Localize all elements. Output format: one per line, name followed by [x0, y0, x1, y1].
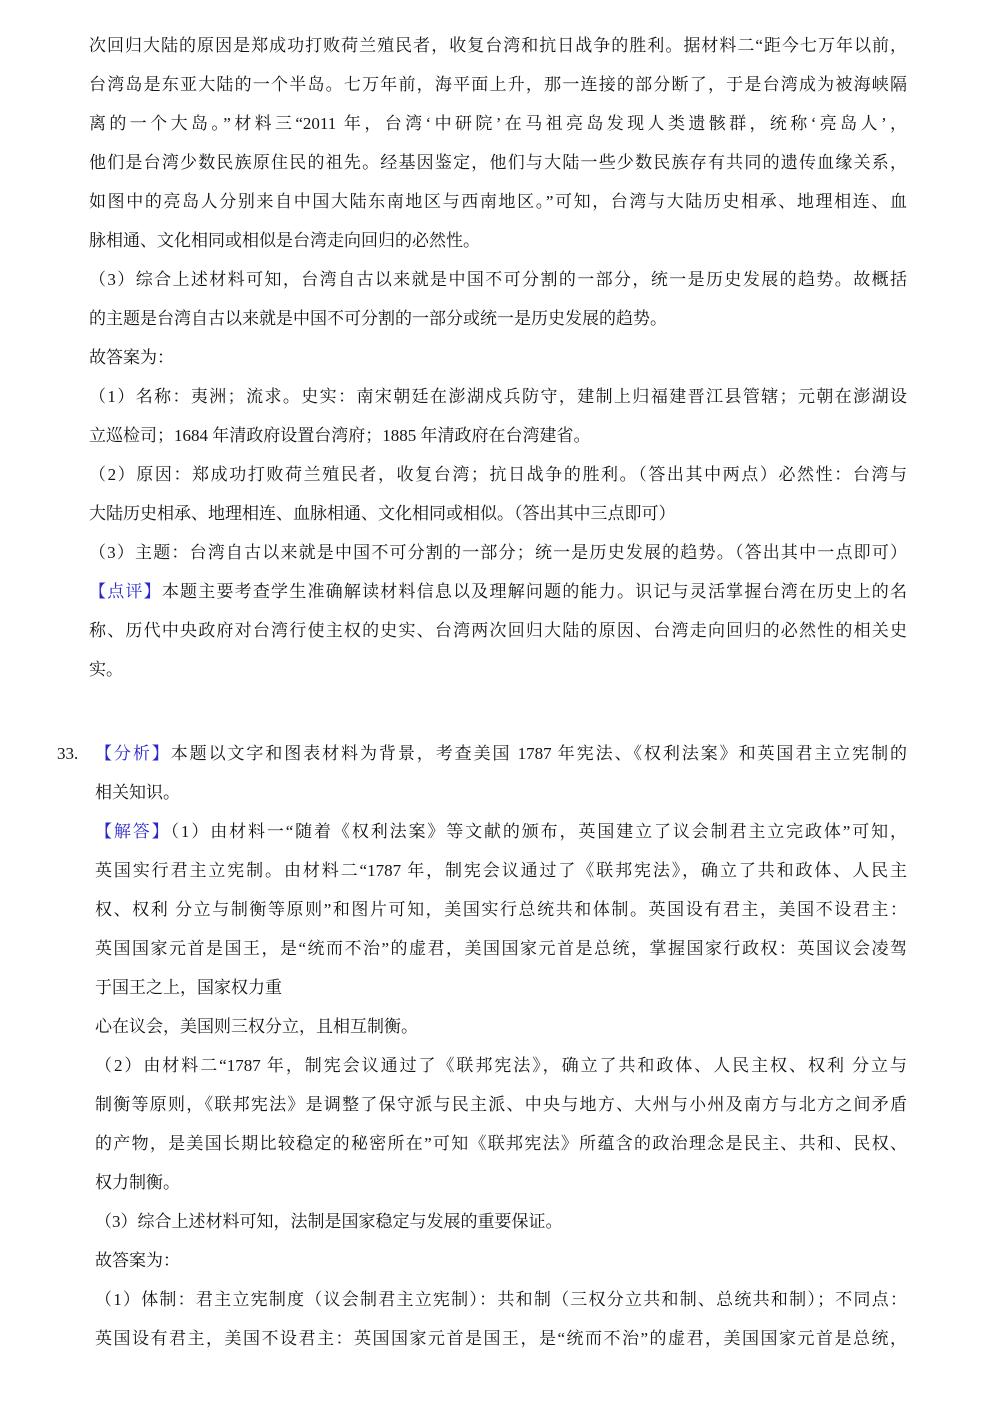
text-line: 英国设有君主，美国不设君主：英国国家元首是国王，是“统而不治”的虚君，美国国家元…: [95, 1319, 907, 1358]
text-line: 的主题是台湾自古以来就是中国不可分割的一部分或统一是历史发展的趋势。: [89, 299, 907, 338]
text-line: 离的一个大岛。”材料三“2011 年，台湾‘中研院’在马祖亮岛发现人类遗骸群，统…: [89, 104, 907, 143]
text-line: 故答案为：: [95, 1241, 907, 1280]
line-text: 如图中的亮岛人分别来自中国大陆东南地区与西南地区。”可知，台湾与大陆历史相承、地…: [89, 192, 907, 211]
line-text: 故答案为：: [89, 348, 174, 367]
text-line: 相关知识。: [95, 773, 907, 812]
text-line: 心在议会，美国则三权分立，且相互制衡。: [95, 1007, 907, 1046]
line-text: 英国实行君主立宪制。由材料二“1787 年，制宪会议通过了《联邦宪法》，确立了共…: [95, 861, 907, 880]
text-line: 实。: [89, 650, 907, 689]
line-text: 他们是台湾少数民族原住民的祖先。经基因鉴定，他们与大陆一些少数民族存有共同的遗传…: [89, 153, 907, 172]
line-text: （3）主题：台湾自古以来就是中国不可分割的一部分；统一是历史发展的趋势。（答出其…: [89, 543, 907, 562]
line-text: （3）综合上述材料可知，台湾自古以来就是中国不可分割的一部分，统一是历史发展的趋…: [89, 270, 907, 289]
line-text: （2）由材料二“1787 年，制宪会议通过了《联邦宪法》，确立了共和政体、人民主…: [95, 1056, 907, 1075]
line-text: （1）体制：君主立宪制度（议会制君主立宪制）：共和制（三权分立共和制、总统共和制…: [95, 1290, 907, 1309]
line-text: （3）综合上述材料可知，法制是国家稳定与发展的重要保证。: [95, 1212, 563, 1231]
text-line: （1）体制：君主立宪制度（议会制君主立宪制）：共和制（三权分立共和制、总统共和制…: [95, 1280, 907, 1319]
text-line: 【分析】本题以文字和图表材料为背景，考查美国 1787 年宪法、《权利法案》和英…: [95, 734, 907, 773]
line-text: 权力制衡。: [95, 1173, 180, 1192]
line-text: 脉相通、文化相同或相似是台湾走向回归的必然性。: [89, 231, 480, 250]
line-text: 相关知识。: [95, 783, 180, 802]
line-text: 台湾岛是东亚大陆的一个半岛。七万年前，海平面上升，那一连接的部分断了，于是台湾成…: [89, 75, 907, 94]
line-text: 实。: [89, 660, 123, 679]
comment-label: 【点评】: [89, 582, 162, 601]
line-text: 大陆历史相承、地理相连、血脉相通、文化相同或相似。（答出其中三点即可）: [89, 504, 676, 523]
line-text: （2）原因：郑成功打败荷兰殖民者，收复台湾；抗日战争的胜利。（答出其中两点）必然…: [89, 465, 907, 484]
line-text: 权、权利 分立与制衡等原则”和图片可知，美国实行总统共和体制。英国设有君主，美国…: [95, 900, 907, 919]
question-32-answer-continuation: 次回归大陆的原因是郑成功打败荷兰殖民者，收复台湾和抗日战争的胜利。据材料二“距今…: [89, 26, 907, 689]
line-text: 立巡检司；1684 年清政府设置台湾府；1885 年清政府在台湾建省。: [89, 426, 591, 445]
text-line: 英国实行君主立宪制。由材料二“1787 年，制宪会议通过了《联邦宪法》，确立了共…: [95, 851, 907, 890]
text-line: 权力制衡。: [95, 1163, 907, 1202]
text-line: 脉相通、文化相同或相似是台湾走向回归的必然性。: [89, 221, 907, 260]
answer-label: 【解答】: [95, 822, 171, 841]
text-line: （2）由材料二“1787 年，制宪会议通过了《联邦宪法》，确立了共和政体、人民主…: [95, 1046, 907, 1085]
line-text: 于国王之上，国家权力重: [95, 978, 282, 997]
text-line: 如图中的亮岛人分别来自中国大陆东南地区与西南地区。”可知，台湾与大陆历史相承、地…: [89, 182, 907, 221]
line-text: 的主题是台湾自古以来就是中国不可分割的一部分或统一是历史发展的趋势。: [89, 309, 667, 328]
text-line: 他们是台湾少数民族原住民的祖先。经基因鉴定，他们与大陆一些少数民族存有共同的遗传…: [89, 143, 907, 182]
text-line: （1）名称：夷洲；流求。史实：南宋朝廷在澎湖戍兵防守，建制上归福建晋江县管辖；元…: [89, 377, 907, 416]
analysis-label: 【分析】: [95, 744, 171, 763]
line-text: 制衡等原则，《联邦宪法》是调整了保守派与民主派、中央与地方、大州与小州及南方与北…: [95, 1095, 907, 1114]
line-text: 次回归大陆的原因是郑成功打败荷兰殖民者，收复台湾和抗日战争的胜利。据材料二“距今…: [89, 36, 907, 55]
text-line: 的产物，是美国长期比较稳定的秘密所在”可知《联邦宪法》所蕴含的政治理念是民主、共…: [95, 1124, 907, 1163]
line-text: （1）名称：夷洲；流求。史实：南宋朝廷在澎湖戍兵防守，建制上归福建晋江县管辖；元…: [89, 387, 907, 406]
text-line: （3）综合上述材料可知，法制是国家稳定与发展的重要保证。: [95, 1202, 907, 1241]
line-text: 离的一个大岛。”材料三“2011 年，台湾‘中研院’在马祖亮岛发现人类遗骸群，统…: [89, 114, 907, 133]
question-number: 33.: [57, 734, 78, 773]
text-line: 于国王之上，国家权力重: [95, 968, 907, 1007]
text-line: 权、权利 分立与制衡等原则”和图片可知，美国实行总统共和体制。英国设有君主，美国…: [95, 890, 907, 929]
line-text: （1）由材料一“随着《权利法案》等文献的颁布，英国建立了议会制君主立完政体”可知…: [171, 822, 907, 841]
text-line: （3）综合上述材料可知，台湾自古以来就是中国不可分割的一部分，统一是历史发展的趋…: [89, 260, 907, 299]
text-line: （2）原因：郑成功打败荷兰殖民者，收复台湾；抗日战争的胜利。（答出其中两点）必然…: [89, 455, 907, 494]
text-line: （3）主题：台湾自古以来就是中国不可分割的一部分；统一是历史发展的趋势。（答出其…: [89, 533, 907, 572]
line-text: 心在议会，美国则三权分立，且相互制衡。: [95, 1017, 418, 1036]
line-text: 称、历代中央政府对台湾行使主权的史实、台湾两次回归大陆的原因、台湾走向回归的必然…: [89, 621, 907, 640]
line-text: 英国国家元首是国王，是“统而不治”的虚君，美国国家元首是总统，掌握国家行政权：英…: [95, 939, 907, 958]
document-page: 次回归大陆的原因是郑成功打败荷兰殖民者，收复台湾和抗日战争的胜利。据材料二“距今…: [0, 0, 992, 1403]
question-33-answer: 33. 【分析】本题以文字和图表材料为背景，考查美国 1787 年宪法、《权利法…: [95, 734, 907, 1358]
text-line: 【点评】本题主要考查学生准确解读材料信息以及理解问题的能力。识记与灵活掌握台湾在…: [89, 572, 907, 611]
text-line: 故答案为：: [89, 338, 907, 377]
paragraph-gap: [0, 689, 992, 734]
text-line: 英国国家元首是国王，是“统而不治”的虚君，美国国家元首是总统，掌握国家行政权：英…: [95, 929, 907, 968]
text-line: 台湾岛是东亚大陆的一个半岛。七万年前，海平面上升，那一连接的部分断了，于是台湾成…: [89, 65, 907, 104]
text-line: 称、历代中央政府对台湾行使主权的史实、台湾两次回归大陆的原因、台湾走向回归的必然…: [89, 611, 907, 650]
text-line: 【解答】（1）由材料一“随着《权利法案》等文献的颁布，英国建立了议会制君主立完政…: [95, 812, 907, 851]
text-line: 次回归大陆的原因是郑成功打败荷兰殖民者，收复台湾和抗日战争的胜利。据材料二“距今…: [89, 26, 907, 65]
line-text: 本题以文字和图表材料为背景，考查美国 1787 年宪法、《权利法案》和英国君主立…: [171, 744, 907, 763]
line-text: 的产物，是美国长期比较稳定的秘密所在”可知《联邦宪法》所蕴含的政治理念是民主、共…: [95, 1134, 907, 1153]
text-line: 大陆历史相承、地理相连、血脉相通、文化相同或相似。（答出其中三点即可）: [89, 494, 907, 533]
text-line: 制衡等原则，《联邦宪法》是调整了保守派与民主派、中央与地方、大州与小州及南方与北…: [95, 1085, 907, 1124]
line-text: 英国设有君主，美国不设君主：英国国家元首是国王，是“统而不治”的虚君，美国国家元…: [95, 1329, 907, 1348]
line-text: 本题主要考查学生准确解读材料信息以及理解问题的能力。识记与灵活掌握台湾在历史上的…: [162, 582, 907, 601]
text-line: 立巡检司；1684 年清政府设置台湾府；1885 年清政府在台湾建省。: [89, 416, 907, 455]
line-text: 故答案为：: [95, 1251, 180, 1270]
